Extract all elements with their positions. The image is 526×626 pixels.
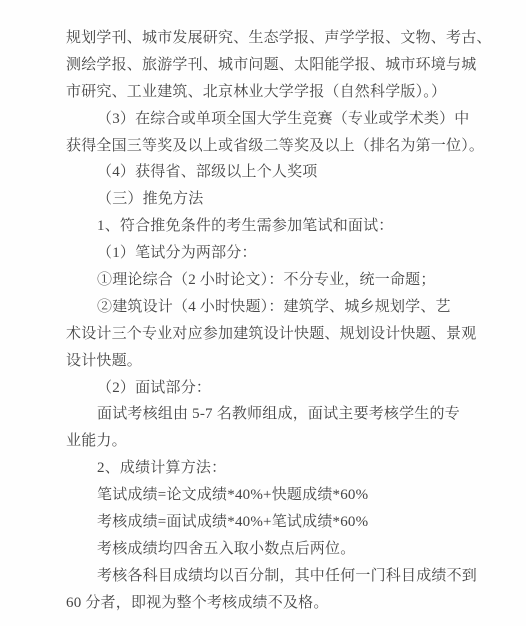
text-line: 笔试成绩=论文成绩*40%+快题成绩*60% <box>66 482 470 509</box>
text-line: 测绘学报、旅游学刊、城市问题、太阳能学报、城市环境与城 <box>66 52 470 79</box>
text-line: 术设计三个专业对应参加建筑设计快题、规划设计快题、景观 <box>66 321 470 348</box>
document-page: 规划学刊、城市发展研究、生态学报、声学学报、文物、考古、测绘学报、旅游学刊、城市… <box>0 0 526 626</box>
text-line: 设计快题。 <box>66 348 470 375</box>
text-line: （3）在综合或单项全国大学生竞赛（专业或学术类）中 <box>66 106 470 133</box>
text-line: （2）面试部分： <box>66 375 470 402</box>
text-line: 业能力。 <box>66 428 470 455</box>
document-body: 规划学刊、城市发展研究、生态学报、声学学报、文物、考古、测绘学报、旅游学刊、城市… <box>66 25 470 617</box>
text-line: （三）推免方法 <box>66 186 470 213</box>
text-line: 60 分者，即视为整个考核成绩不及格。 <box>66 590 470 617</box>
text-line: 市研究、工业建筑、北京林业大学学报（自然科学版）。） <box>66 79 470 106</box>
text-line: 考核各科目成绩均以百分制，其中任何一门科目成绩不到 <box>66 563 470 590</box>
text-line: 2、成绩计算方法： <box>66 455 470 482</box>
text-line: ①理论综合（2 小时论文）：不分专业，统一命题； <box>66 267 470 294</box>
text-line: 获得全国三等奖及以上或省级二等奖及以上（排名为第一位）。 <box>66 133 470 160</box>
text-line: ②建筑设计（4 小时快题）：建筑学、城乡规划学、艺 <box>66 294 470 321</box>
text-line: 考核成绩均四舍五入取小数点后两位。 <box>66 536 470 563</box>
text-line: （4）获得省、部级以上个人奖项 <box>66 159 470 186</box>
text-line: 1、符合推免条件的考生需参加笔试和面试： <box>66 213 470 240</box>
text-line: 面试考核组由 5-7 名教师组成，面试主要考核学生的专 <box>66 401 470 428</box>
text-line: （1）笔试分为两部分： <box>66 240 470 267</box>
text-line: 规划学刊、城市发展研究、生态学报、声学学报、文物、考古、 <box>66 25 470 52</box>
text-line: 考核成绩=面试成绩*40%+笔试成绩*60% <box>66 509 470 536</box>
